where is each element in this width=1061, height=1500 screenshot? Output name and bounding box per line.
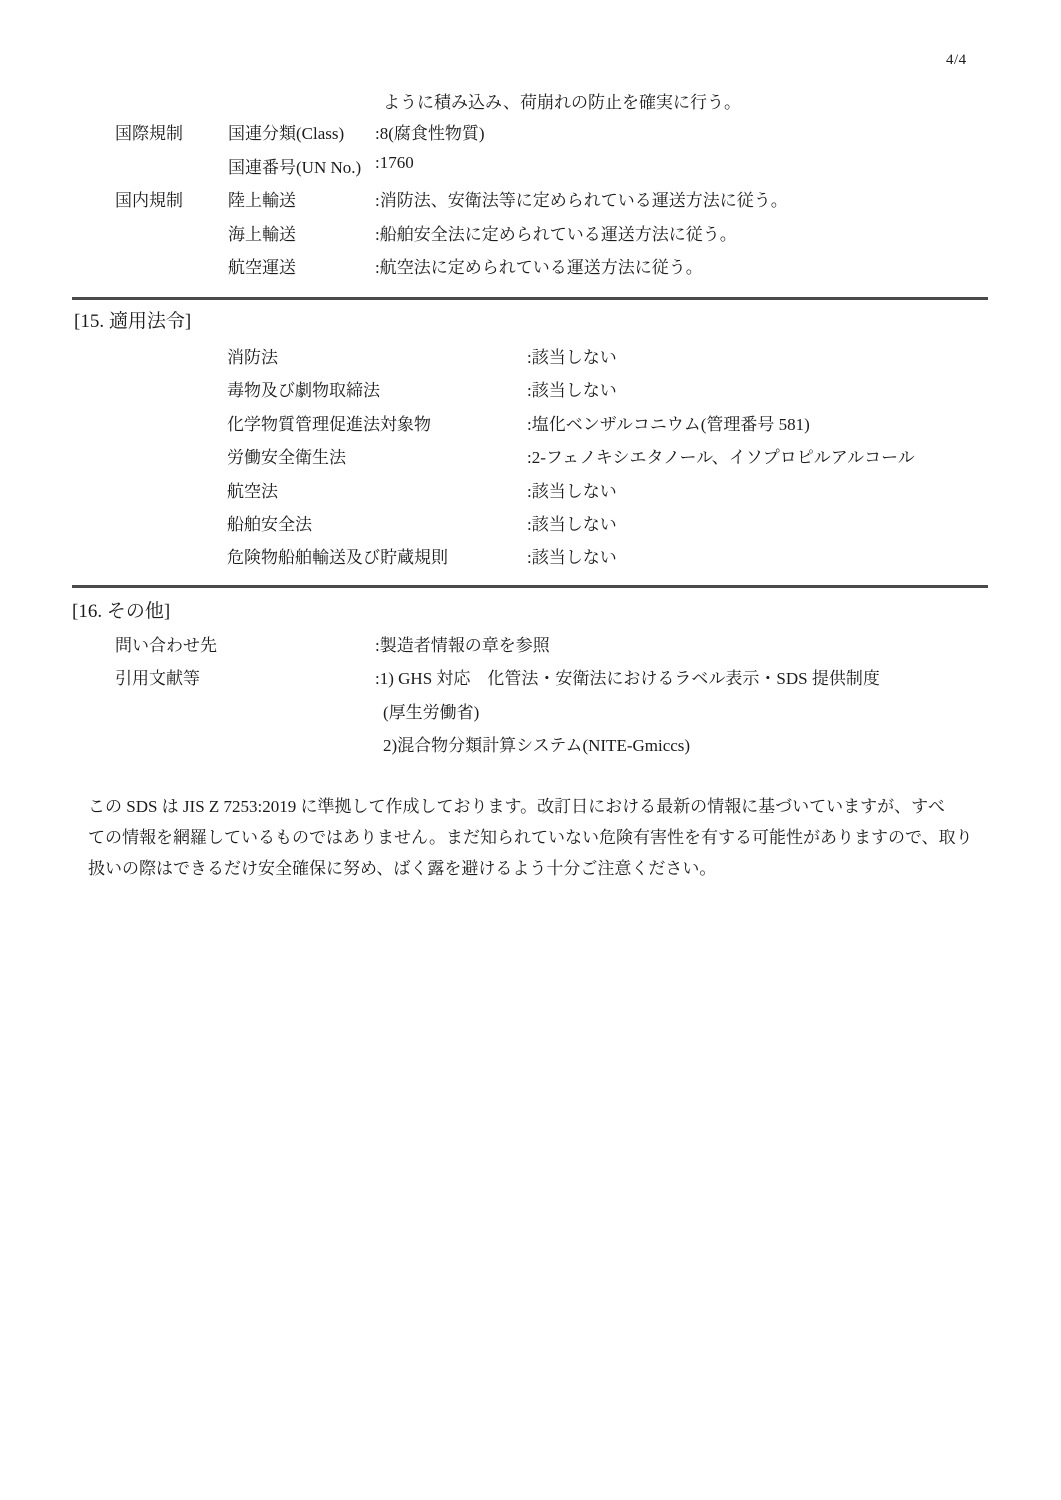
section-16-title: [16. その他] xyxy=(72,596,170,623)
regulation-group-cell: 国内規制 xyxy=(115,186,228,211)
other-label-cell: 引用文献等 xyxy=(115,664,375,689)
law-name-cell: 労働安全衛生法 xyxy=(227,443,527,468)
law-value-cell: :2-フェノキシエタノール、イソプロピルアルコール xyxy=(527,443,1017,468)
law-value-cell: :該当しない xyxy=(527,376,1017,401)
table-row: 2)混合物分類計算システム(NITE-Gmiccs) xyxy=(115,731,1015,764)
disclaimer-line: この SDS は JIS Z 7253:2019 に準拠して作成しております。改… xyxy=(88,791,998,822)
law-value-cell: :該当しない xyxy=(527,510,1017,535)
law-name-cell: 化学物質管理促進法対象物 xyxy=(227,410,527,435)
other-info-table: 問い合わせ先:製造者情報の章を参照引用文献等:1) GHS 対応 化管法・安衛法… xyxy=(115,631,1015,765)
table-row: (厚生労働省) xyxy=(115,698,1015,731)
regulation-label-cell: 海上輸送 xyxy=(228,220,375,245)
regulation-value-cell: :航空法に定められている運送方法に従う。 xyxy=(375,253,1015,278)
table-row: 化学物質管理促進法対象物:塩化ベンザルコニウム(管理番号 581) xyxy=(227,410,1017,443)
law-name-cell: 船舶安全法 xyxy=(227,510,527,535)
other-label-cell: 問い合わせ先 xyxy=(115,631,375,656)
other-value-cell: :1) GHS 対応 化管法・安衛法におけるラベル表示・SDS 提供制度 xyxy=(375,664,1015,689)
table-row: 問い合わせ先:製造者情報の章を参照 xyxy=(115,631,1015,664)
table-row: 消防法:該当しない xyxy=(227,343,1017,376)
regulation-label-cell: 国連番号(UN No.) xyxy=(228,153,375,178)
table-row: 船舶安全法:該当しない xyxy=(227,510,1017,543)
table-row: 危険物船舶輸送及び貯蔵規則:該当しない xyxy=(227,543,1017,576)
table-row: 国連番号(UN No.):1760 xyxy=(115,153,1015,187)
regulation-label-cell: 国連分類(Class) xyxy=(228,119,375,144)
transport-regulation-table: 国際規制国連分類(Class):8(腐食性物質)国連番号(UN No.):176… xyxy=(115,119,1015,287)
regulation-value-cell: :8(腐食性物質) xyxy=(375,119,1015,144)
law-name-cell: 消防法 xyxy=(227,343,527,368)
table-row: 航空運送:航空法に定められている運送方法に従う。 xyxy=(115,253,1015,287)
other-value-cell: :製造者情報の章を参照 xyxy=(375,631,1015,656)
transport-continuation-text: ように積み込み、荷崩れの防止を確実に行う。 xyxy=(383,88,741,113)
section-divider-bottom xyxy=(72,585,988,588)
table-row: 労働安全衛生法:2-フェノキシエタノール、イソプロピルアルコール xyxy=(227,443,1017,476)
section-15-title: [15. 適用法令] xyxy=(74,306,191,333)
disclaimer-line: ての情報を網羅しているものではありません。まだ知られていない危険有害性を有する可… xyxy=(88,822,998,853)
section-divider-top xyxy=(72,297,988,300)
sds-document-page: 4/4 ように積み込み、荷崩れの防止を確実に行う。 国際規制国連分類(Class… xyxy=(0,0,1061,1500)
law-name-cell: 毒物及び劇物取締法 xyxy=(227,376,527,401)
regulation-group-cell: 国際規制 xyxy=(115,119,228,144)
regulation-label-cell: 陸上輸送 xyxy=(228,186,375,211)
other-value-cell: 2)混合物分類計算システム(NITE-Gmiccs) xyxy=(375,731,1015,756)
regulation-value-cell: :消防法、安衛法等に定められている運送方法に従う。 xyxy=(375,186,1015,211)
law-name-cell: 危険物船舶輸送及び貯蔵規則 xyxy=(227,543,527,568)
law-value-cell: :該当しない xyxy=(527,543,1017,568)
table-row: 引用文献等:1) GHS 対応 化管法・安衛法におけるラベル表示・SDS 提供制… xyxy=(115,664,1015,697)
disclaimer-line: 扱いの際はできるだけ安全確保に努め、ばく露を避けるよう十分ご注意ください。 xyxy=(88,853,998,884)
disclaimer-paragraph: この SDS は JIS Z 7253:2019 に準拠して作成しております。改… xyxy=(88,791,998,884)
table-row: 国内規制陸上輸送:消防法、安衛法等に定められている運送方法に従う。 xyxy=(115,186,1015,220)
table-row: 毒物及び劇物取締法:該当しない xyxy=(227,376,1017,409)
regulation-value-cell: :船舶安全法に定められている運送方法に従う。 xyxy=(375,220,1015,245)
law-value-cell: :塩化ベンザルコニウム(管理番号 581) xyxy=(527,410,1017,435)
other-value-cell: (厚生労働省) xyxy=(375,698,1015,723)
page-number: 4/4 xyxy=(946,52,967,69)
table-row: 国際規制国連分類(Class):8(腐食性物質) xyxy=(115,119,1015,153)
law-name-cell: 航空法 xyxy=(227,477,527,502)
law-value-cell: :該当しない xyxy=(527,477,1017,502)
regulation-label-cell: 航空運送 xyxy=(228,253,375,278)
table-row: 海上輸送:船舶安全法に定められている運送方法に従う。 xyxy=(115,220,1015,254)
applicable-laws-table: 消防法:該当しない毒物及び劇物取締法:該当しない化学物質管理促進法対象物:塩化ベ… xyxy=(227,343,1017,577)
regulation-value-cell: :1760 xyxy=(375,153,1015,173)
table-row: 航空法:該当しない xyxy=(227,477,1017,510)
law-value-cell: :該当しない xyxy=(527,343,1017,368)
